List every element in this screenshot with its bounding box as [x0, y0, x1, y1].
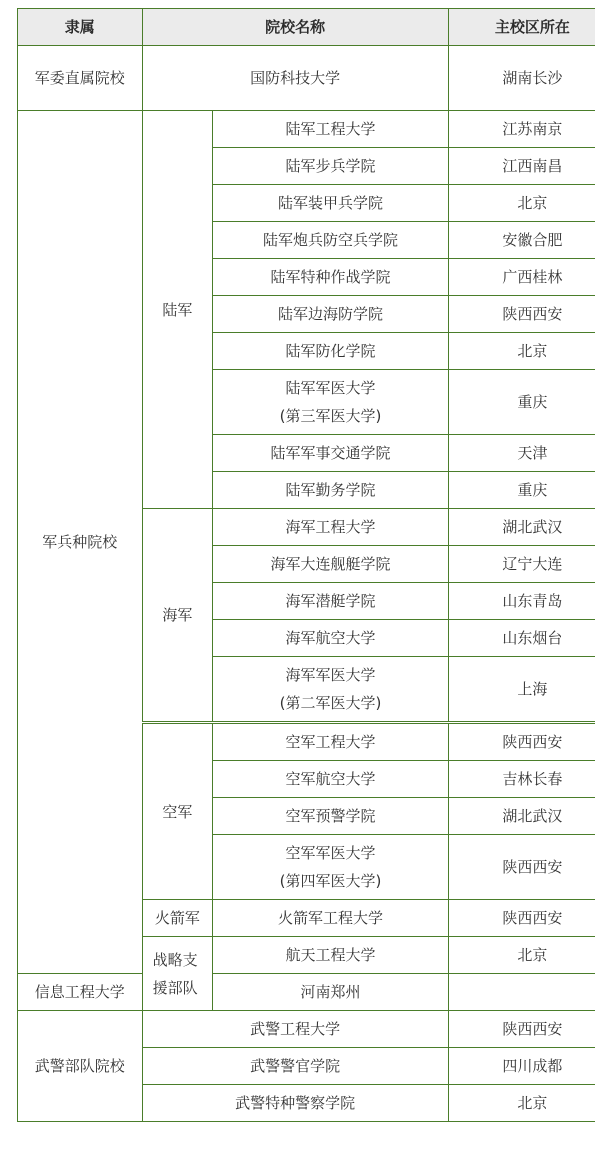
- affiliation-cell: 军委直属院校: [18, 46, 143, 111]
- branch-line2: 援部队: [153, 974, 213, 1002]
- school-name-cell: 信息工程大学: [18, 974, 143, 1011]
- school-name-line2: (第四军医大学): [213, 867, 448, 895]
- school-name-cell: 陆军边海防学院: [213, 296, 449, 333]
- school-name-cell: 海军大连舰艇学院: [213, 546, 449, 583]
- school-name-cell: 陆军装甲兵学院: [213, 185, 449, 222]
- location-cell: 重庆: [448, 370, 595, 435]
- location-cell: 上海: [448, 657, 595, 723]
- school-name-line1: 陆军军医大学: [213, 374, 448, 402]
- school-name-cell: 武警特种警察学院: [142, 1085, 448, 1122]
- school-name-cell: 空军航空大学: [213, 761, 449, 798]
- header-affiliation: 隶属: [18, 9, 143, 46]
- table-row: 武警部队院校 武警工程大学 陕西西安: [18, 1011, 595, 1048]
- school-name-line1: 空军军医大学: [213, 839, 448, 867]
- branch-cell: 陆军: [142, 111, 213, 509]
- military-academies-table: 隶属 院校名称 主校区所在 军委直属院校 国防科技大学 湖南长沙 军兵种院校 陆…: [17, 8, 595, 1122]
- branch-line1: 战略支: [153, 946, 213, 974]
- school-name-cell: 陆军军医大学 (第三军医大学): [213, 370, 449, 435]
- location-cell: 天津: [448, 435, 595, 472]
- school-name-cell: 海军军医大学 (第二军医大学): [213, 657, 449, 723]
- location-cell: 江西南昌: [448, 148, 595, 185]
- table-row: 军兵种院校 陆军 陆军工程大学 江苏南京: [18, 111, 595, 148]
- location-cell: 安徽合肥: [448, 222, 595, 259]
- school-name-cell: 空军工程大学: [213, 723, 449, 761]
- branch-cell: 战略支 援部队: [142, 937, 213, 1011]
- location-cell: 山东青岛: [448, 583, 595, 620]
- school-name-cell: 空军预警学院: [213, 798, 449, 835]
- location-cell: 陕西西安: [448, 835, 595, 900]
- school-name-cell: 国防科技大学: [142, 46, 448, 111]
- school-name-line1: 海军军医大学: [213, 661, 448, 689]
- location-cell: 北京: [448, 185, 595, 222]
- location-cell: 北京: [448, 1085, 595, 1122]
- location-cell: 辽宁大连: [448, 546, 595, 583]
- school-name-cell: 空军军医大学 (第四军医大学): [213, 835, 449, 900]
- school-name-cell: 陆军勤务学院: [213, 472, 449, 509]
- location-cell: 陕西西安: [448, 296, 595, 333]
- location-cell: 陕西西安: [448, 900, 595, 937]
- location-cell: 北京: [448, 333, 595, 370]
- table-row: 军委直属院校 国防科技大学 湖南长沙: [18, 46, 595, 111]
- school-name-cell: 武警警官学院: [142, 1048, 448, 1085]
- school-name-cell: 陆军防化学院: [213, 333, 449, 370]
- school-name-cell: 陆军步兵学院: [213, 148, 449, 185]
- school-name-cell: 海军潜艇学院: [213, 583, 449, 620]
- school-name-line2: (第二军医大学): [213, 689, 448, 717]
- school-name-cell: 海军工程大学: [213, 509, 449, 546]
- location-cell: 广西桂林: [448, 259, 595, 296]
- school-name-cell: 海军航空大学: [213, 620, 449, 657]
- location-cell: 江苏南京: [448, 111, 595, 148]
- location-cell: 四川成都: [448, 1048, 595, 1085]
- school-name-cell: 航天工程大学: [213, 937, 449, 974]
- location-cell: 吉林长春: [448, 761, 595, 798]
- location-cell: 湖南长沙: [448, 46, 595, 111]
- location-cell: 河南郑州: [213, 974, 449, 1011]
- branch-cell: 海军: [142, 509, 213, 723]
- school-name-cell: 陆军工程大学: [213, 111, 449, 148]
- affiliation-cell: 军兵种院校: [18, 111, 143, 974]
- header-location: 主校区所在: [448, 9, 595, 46]
- table-row: 信息工程大学 河南郑州: [18, 974, 595, 1011]
- school-name-line2: (第三军医大学): [213, 402, 448, 430]
- location-cell: 陕西西安: [448, 1011, 595, 1048]
- affiliation-cell: 武警部队院校: [18, 1011, 143, 1122]
- location-cell: 湖北武汉: [448, 798, 595, 835]
- school-name-cell: 火箭军工程大学: [213, 900, 449, 937]
- branch-cell: 空军: [142, 723, 213, 900]
- location-cell: 山东烟台: [448, 620, 595, 657]
- location-cell: 北京: [448, 937, 595, 974]
- school-name-cell: 陆军炮兵防空兵学院: [213, 222, 449, 259]
- header-school-name: 院校名称: [142, 9, 448, 46]
- location-cell: 陕西西安: [448, 723, 595, 761]
- school-name-cell: 武警工程大学: [142, 1011, 448, 1048]
- school-name-cell: 陆军特种作战学院: [213, 259, 449, 296]
- branch-cell: 火箭军: [142, 900, 213, 937]
- header-row: 隶属 院校名称 主校区所在: [18, 9, 595, 46]
- school-name-cell: 陆军军事交通学院: [213, 435, 449, 472]
- location-cell: 重庆: [448, 472, 595, 509]
- location-cell: 湖北武汉: [448, 509, 595, 546]
